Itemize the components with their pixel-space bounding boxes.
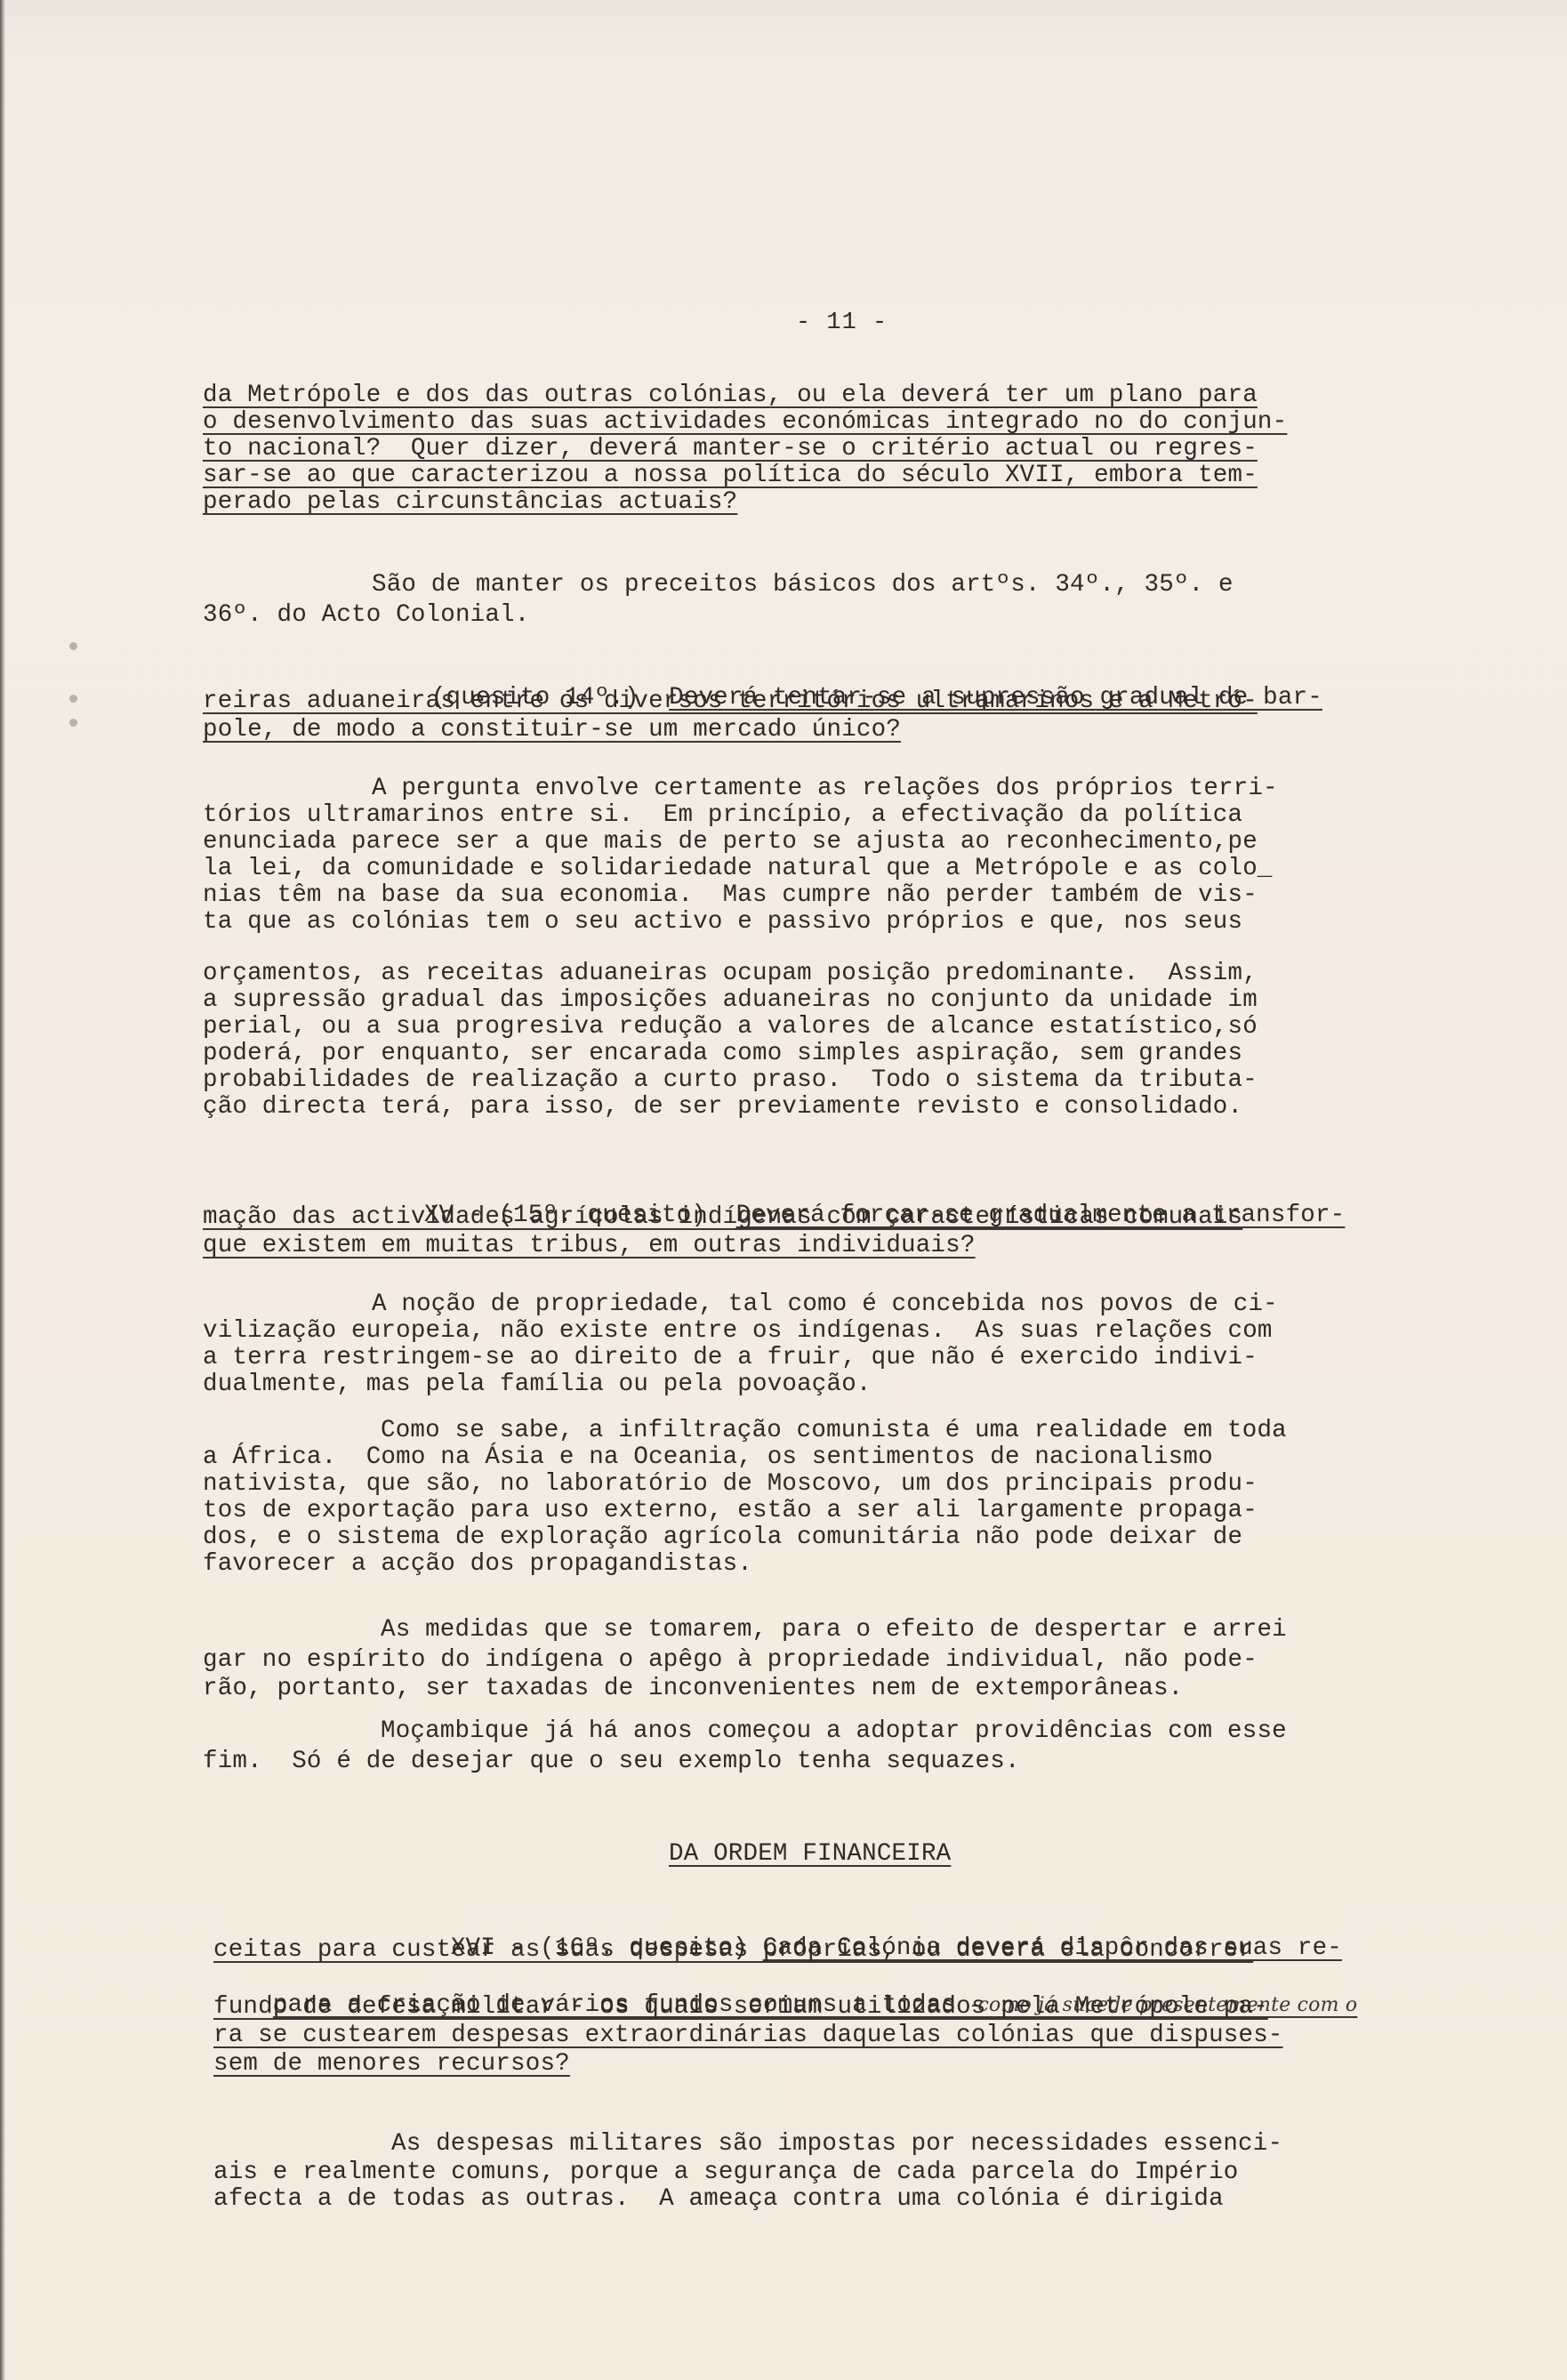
question-line: ceitas para custear as suas despesas pró…	[213, 1937, 1253, 1964]
question-line: perado pelas circunstâncias actuais?	[203, 489, 737, 516]
answer-line: enunciada parece ser a que mais de perto…	[203, 829, 1258, 856]
answer-line: ta que as colónias tem o seu activo e pa…	[203, 909, 1242, 936]
question-line: que existem em muitas tribus, em outras …	[203, 1233, 976, 1259]
answer-line: nias têm na base da sua economia. Mas cu…	[203, 882, 1258, 909]
question-line: o desenvolvimento das suas actividades e…	[203, 409, 1287, 436]
question-line: sem de menores recursos?	[213, 2051, 570, 2078]
answer-line: perial, ou a sua progresiva redução a va…	[203, 1014, 1258, 1041]
answer-line: dualmente, mas pela família ou pela povo…	[203, 1371, 872, 1398]
answer-line: tos de exportação para uso externo, estã…	[203, 1498, 1258, 1524]
question-line: sar-se ao que caracterizou a nossa polít…	[203, 462, 1258, 489]
answer-line: fim. Só é de desejar que o seu exemplo t…	[203, 1749, 1020, 1775]
answer-line: ção directa terá, para isso, de ser prev…	[203, 1094, 1242, 1121]
question-line: mação das actividades agrícolas indígena…	[203, 1204, 1242, 1231]
answer-line: la lei, da comunidade e solidariedade na…	[203, 856, 1273, 882]
answer-line: 36º. do Acto Colonial.	[203, 602, 529, 629]
answer-line: a terra restringem-se ao direito de a fr…	[203, 1345, 1258, 1371]
margin-mark	[69, 719, 77, 727]
question-line: fundo de defesa militar - os quais seria…	[213, 1994, 1268, 2021]
question-line: reiras aduaneiras entre os diversos terr…	[203, 688, 1258, 715]
question-line: da Metrópole e dos das outras colónias, …	[203, 382, 1258, 409]
question-line: pole, de modo a constituir-se um mercado…	[203, 717, 901, 744]
section-heading: DA ORDEM FINANCEIRA	[669, 1841, 951, 1868]
answer-line: A pergunta envolve certamente as relaçõe…	[372, 776, 1278, 802]
answer-line: gar no espírito do indígena o apêgo à pr…	[203, 1647, 1258, 1674]
answer-line: a supressão gradual das imposições aduan…	[203, 987, 1258, 1014]
answer-line: probabilidades de realização a curto pra…	[203, 1067, 1258, 1094]
answer-line: tórios ultramarinos entre si. Em princíp…	[203, 802, 1242, 829]
answer-line: nativista, que são, no laboratório de Mo…	[203, 1471, 1258, 1498]
answer-line: Como se sabe, a infiltração comunista é …	[381, 1418, 1287, 1444]
answer-line: rão, portanto, ser taxadas de inconvenie…	[203, 1676, 1183, 1702]
margin-mark	[69, 642, 77, 650]
margin-mark	[69, 695, 77, 703]
answer-line: orçamentos, as receitas aduaneiras ocupa…	[203, 961, 1258, 987]
answer-line: A noção de propriedade, tal como é conce…	[372, 1291, 1278, 1318]
scan-edge-shadow	[0, 0, 5, 2380]
answer-line: As despesas militares são impostas por n…	[391, 2131, 1282, 2158]
page-number: - 11 -	[796, 310, 888, 336]
document-page: - 11 - da Metrópole e dos das outras col…	[0, 0, 1567, 2380]
answer-line: a África. Como na Ásia e na Oceania, os …	[203, 1444, 1213, 1471]
answer-line: poderá, por enquanto, ser encarada como …	[203, 1041, 1242, 1067]
answer-line: São de manter os preceitos básicos dos a…	[372, 572, 1234, 599]
answer-line: afecta a de todas as outras. A ameaça co…	[213, 2186, 1224, 2213]
answer-line: dos, e o sistema de exploração agrícola …	[203, 1524, 1242, 1551]
question-line: to nacional? Quer dizer, deverá manter-s…	[203, 436, 1258, 462]
answer-line: favorecer a acção dos propagandistas.	[203, 1551, 752, 1578]
answer-line: vilização europeia, não existe entre os …	[203, 1318, 1273, 1345]
question-line: ra se custearem despesas extraordinárias…	[213, 2022, 1283, 2049]
answer-line: ais e realmente comuns, porque a seguran…	[213, 2159, 1239, 2186]
answer-line: Moçambique já há anos começou a adoptar …	[381, 1718, 1287, 1745]
answer-line: As medidas que se tomarem, para o efeito…	[381, 1617, 1287, 1644]
